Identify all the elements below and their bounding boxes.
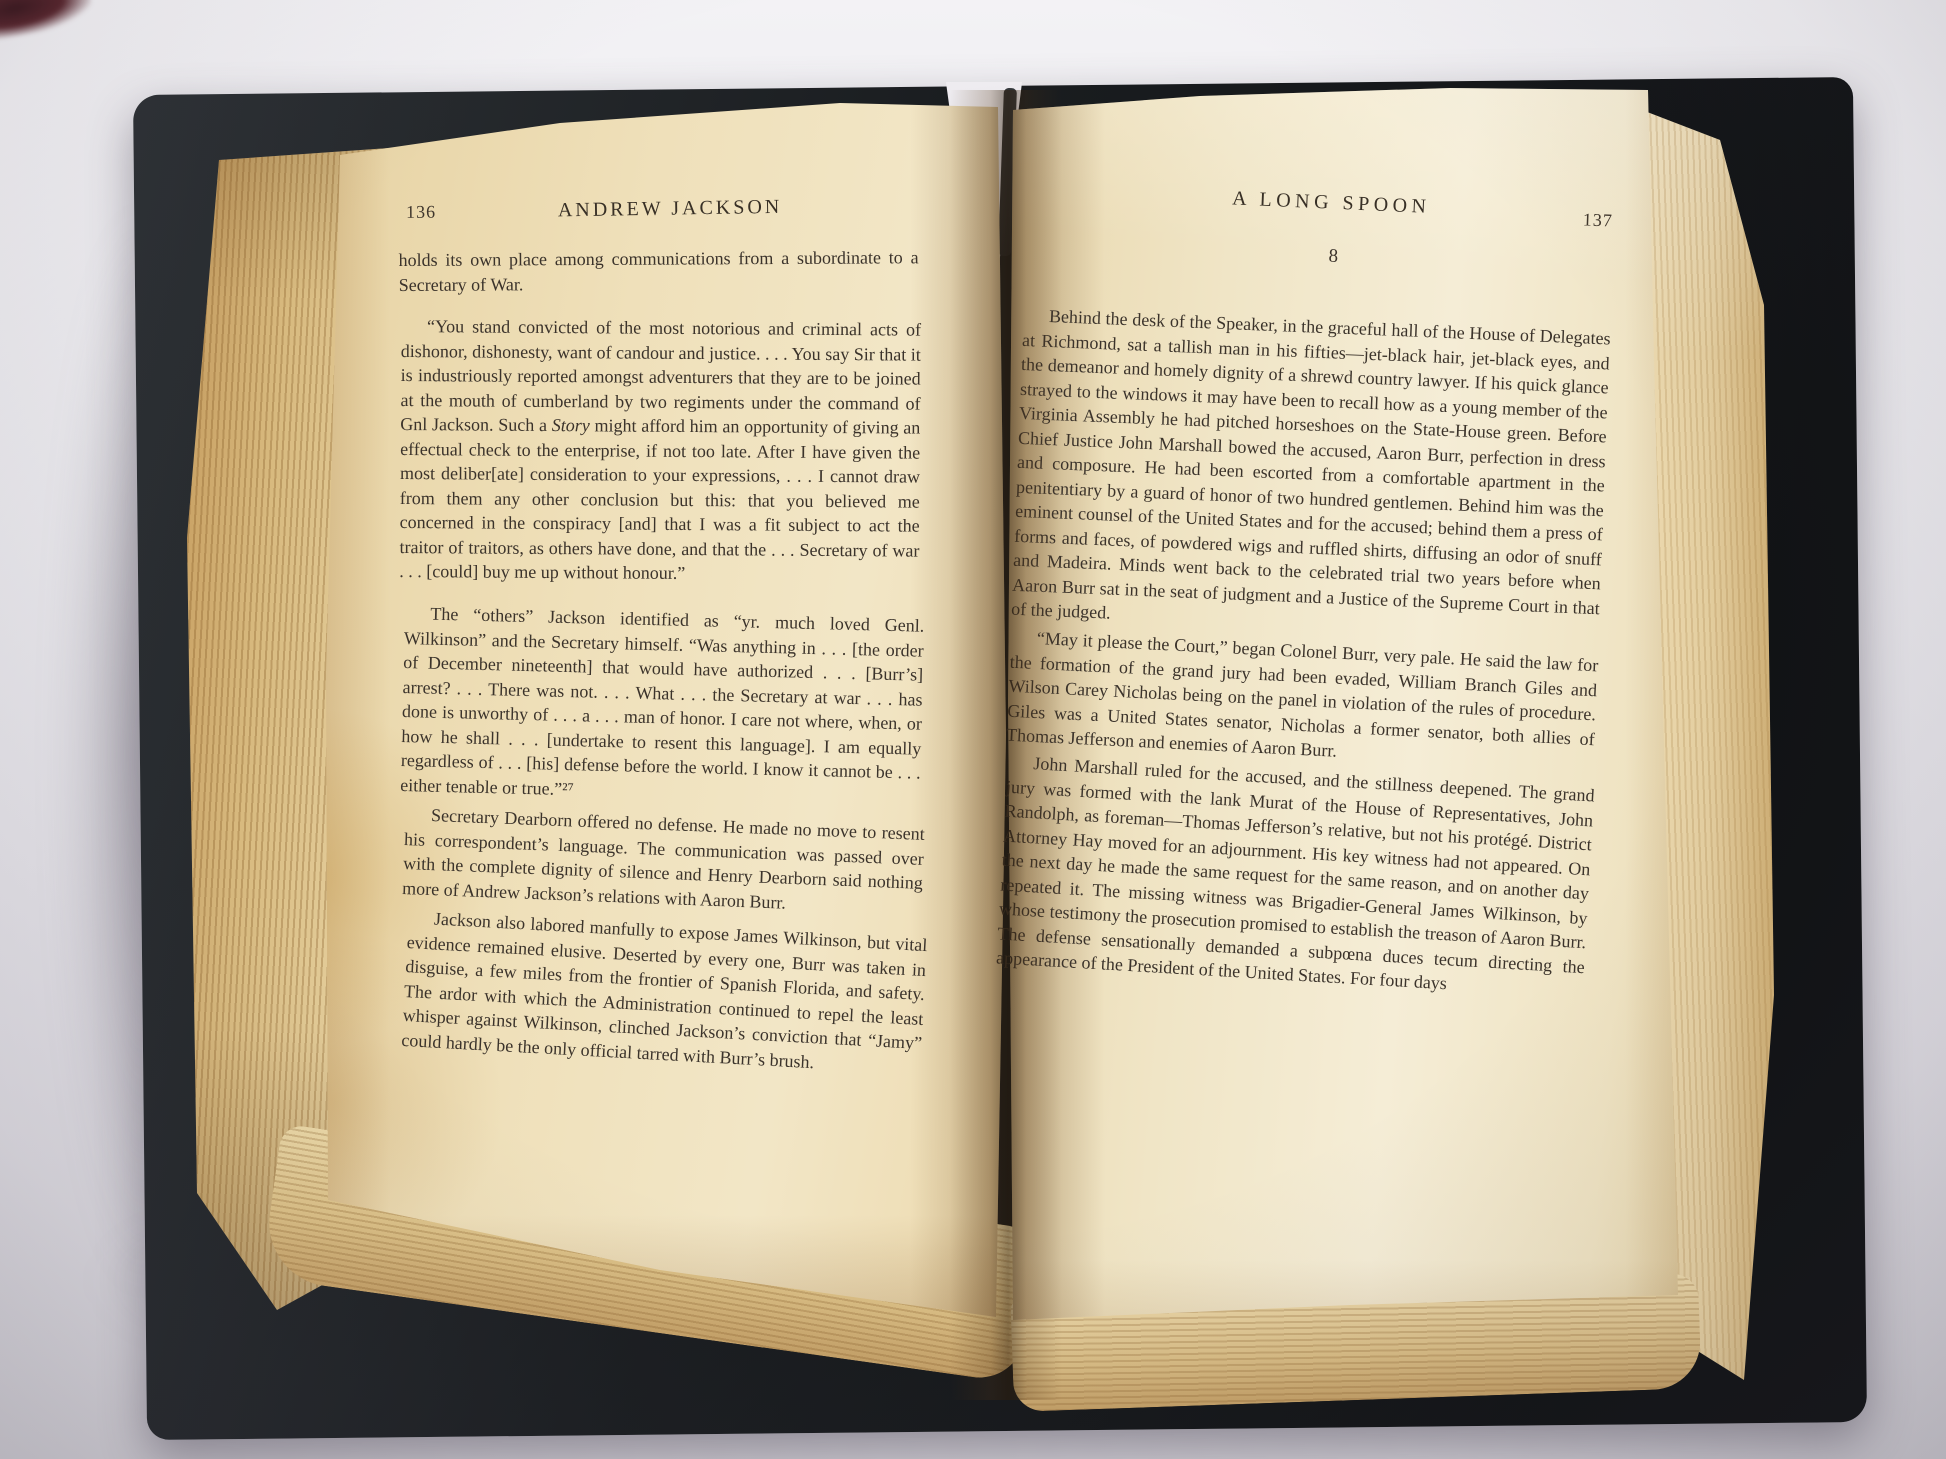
paragraph-dearborn: Secretary Dearborn offered no defense. H… — [402, 802, 925, 920]
right-page-text: A LONG SPOON 137 8 Behind the desk of th… — [998, 180, 1616, 992]
chapter-section-number: 8 — [1039, 234, 1627, 279]
paragraph-intro: holds its own place among communications… — [399, 245, 919, 297]
paragraph-quote-jackson-reply: The “others” Jackson identified as “yr. … — [400, 601, 925, 810]
paragraph-quote-dearborn-letter: “You stand convicted of the most notorio… — [399, 314, 921, 587]
right-page-number: 137 — [1582, 209, 1613, 231]
book-photo: 136 ANDREW JACKSON holds its own place a… — [0, 0, 1946, 1459]
left-page-header: 136 ANDREW JACKSON — [398, 195, 918, 230]
quote-text-after: might afford him an opportunity of givin… — [399, 415, 920, 583]
paragraph-jackson-wilkinson: Jackson also labored manfully to expose … — [401, 905, 928, 1080]
italic-word: Story — [552, 415, 590, 435]
photo-corner-artifact — [0, 0, 95, 41]
left-page-text: 136 ANDREW JACKSON holds its own place a… — [398, 195, 925, 1051]
paragraph-burr-plea: “May it please the Court,” began Colonel… — [1006, 624, 1599, 775]
paragraph-marshall-ruling: John Marshall ruled for the accused, and… — [996, 750, 1596, 1004]
paragraph-richmond-trial: Behind the desk of the Speaker, in the g… — [1011, 303, 1611, 645]
